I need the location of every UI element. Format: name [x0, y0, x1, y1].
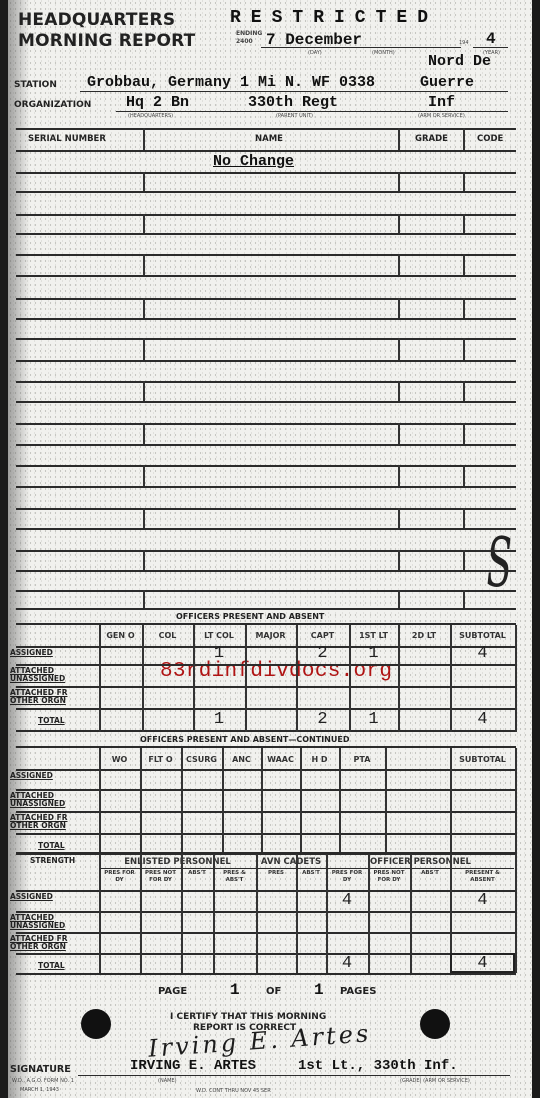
officers-continued-column-header: FLT O [140, 755, 181, 764]
roster-column-divider [463, 590, 465, 608]
roster-rule [16, 381, 516, 383]
form-number: W.D., A.G.O. FORM NO. 1 [12, 1078, 74, 1084]
officers-column-header: 2D LT [398, 631, 450, 640]
certify-line-1: I CERTIFY THAT THIS MORNING [170, 1012, 326, 1022]
page-label: PAGE [158, 986, 187, 997]
officers-continued-column-divider [515, 748, 517, 854]
roster-column-divider [398, 214, 400, 233]
signature-underline [78, 1075, 510, 1076]
strength-column-header: PRES [256, 870, 296, 877]
month-caption: (MONTH) [372, 50, 395, 56]
roster-column-divider [398, 465, 400, 486]
officers-continued-row-label: ATTACHED FR OTHER ORGN [10, 814, 98, 830]
station-value: Grobbau, Germany 1 Mi N. WF 0338 [87, 74, 375, 91]
roster-rule [16, 423, 516, 425]
officers-continued-column-header: WAAC [261, 755, 300, 764]
officers-column-header: MAJOR [245, 631, 296, 640]
roster-column-divider [143, 254, 145, 275]
day-caption: (DAY) [308, 50, 322, 56]
station-note-line2: Guerre [420, 74, 474, 91]
col-name: NAME [255, 134, 283, 144]
roster-column-divider [463, 381, 465, 401]
organization-arm: Inf [428, 94, 455, 111]
officers-continued-column-header: PTA [339, 755, 385, 764]
ending-time: 2400 [236, 38, 253, 45]
strength-column-divider [368, 854, 370, 973]
officers-column-header: LT COL [193, 631, 245, 640]
page-number: 1 [230, 981, 240, 999]
strength-column-divider [181, 854, 183, 973]
officers-continued-row-rule [16, 833, 516, 835]
roster-column-divider [143, 214, 145, 233]
roster-rule [16, 444, 516, 446]
station-note-line1: Nord De [428, 53, 491, 70]
roster-column-divider [398, 381, 400, 401]
strength-cell-value: 4 [326, 891, 368, 910]
officers-row-rule [16, 686, 516, 688]
roster-rule [16, 128, 516, 130]
strength-subheader-rule [99, 868, 514, 869]
signer-grade: 1st Lt., 330th Inf. [298, 1058, 458, 1074]
roster-column-divider [143, 465, 145, 486]
roster-rule [16, 360, 516, 362]
roster-column-divider [143, 298, 145, 318]
organization-label: ORGANIZATION [14, 100, 91, 110]
roster-rule [16, 191, 516, 193]
of-label: OF [266, 986, 281, 997]
roster-column-divider [143, 338, 145, 360]
date-underline [261, 47, 461, 48]
station-label: STATION [14, 80, 57, 90]
roster-column-divider [398, 298, 400, 318]
officers-row-rule [16, 646, 516, 648]
officers-row-rule [16, 730, 516, 732]
roster-rule [16, 254, 516, 256]
officers-cell-value: 2 [296, 710, 349, 729]
officers-continued-row-label: TOTAL [38, 842, 126, 850]
strength-row-label: ATTACHED UNASSIGNED [10, 914, 98, 930]
report-year: 4 [486, 30, 496, 48]
officers-column-divider [245, 625, 247, 732]
col-code: CODE [477, 134, 503, 144]
officers-title: OFFICERS PRESENT AND ABSENT [176, 612, 324, 621]
strength-column-header: PRESENT & ABSENT [450, 870, 515, 884]
strength-column-divider [515, 854, 517, 973]
headquarters-title: HEADQUARTERS [18, 10, 175, 30]
strength-group-header: OFFICER PERSONNEL [326, 857, 515, 867]
pages-label: PAGES [340, 986, 376, 997]
strength-row-label: TOTAL [38, 962, 126, 970]
roster-column-divider [143, 381, 145, 401]
officers-continued-row-rule [16, 769, 516, 771]
signer-name: IRVING E. ARTES [130, 1058, 256, 1074]
officers-column-divider [515, 625, 517, 732]
roster-entry-no-change: No Change [213, 153, 294, 170]
roster-column-divider [463, 214, 465, 233]
roster-column-divider [398, 590, 400, 608]
strength-cell-value: 4 [326, 954, 368, 973]
roster-column-divider [398, 338, 400, 360]
officers-row-label: ASSIGNED [10, 649, 98, 657]
strength-row-rule [16, 890, 516, 892]
organization-underline [116, 111, 508, 112]
roster-column-divider [463, 254, 465, 275]
headquarters-caption: (HEADQUARTERS) [128, 113, 173, 119]
roster-rule [16, 172, 516, 174]
roster-rule [16, 465, 516, 467]
strength-cell-value: 4 [450, 891, 515, 910]
roster-rule [16, 486, 516, 488]
officers-top-rule [16, 623, 516, 625]
roster-rule [16, 550, 516, 552]
roster-column-divider [463, 508, 465, 528]
strength-column-header: PRES & ABS'T [213, 870, 256, 884]
roster-column-divider [463, 465, 465, 486]
strength-row-rule [16, 973, 516, 975]
officers-cell-value: 1 [349, 710, 398, 729]
page-total: 1 [314, 981, 324, 999]
grade-caption: (GRADE) (ARM OR SERVICE) [400, 1078, 470, 1084]
roster-column-divider [463, 128, 465, 150]
morning-report-document: HEADQUARTERS RESTRICTED MORNING REPORT E… [8, 0, 532, 1098]
strength-group-header: ENLISTED PERSONNEL [99, 857, 256, 867]
officers-continued-row-rule [16, 789, 516, 791]
strength-column-divider [410, 854, 412, 973]
roster-column-divider [143, 550, 145, 570]
station-underline [80, 91, 508, 92]
officers-row-rule [16, 664, 516, 666]
strength-column-header: PRES FOR DY [326, 870, 368, 884]
roster-rule [16, 528, 516, 530]
roster-column-divider [143, 590, 145, 608]
officers-continued-column-header: SUBTOTAL [450, 755, 515, 764]
officers-cell-value: 1 [193, 710, 245, 729]
strength-column-header: PRES NOT FOR DY [368, 870, 410, 884]
parent-unit-caption: (PARENT UNIT) [276, 113, 313, 119]
officers-cell-value: 2 [296, 644, 349, 663]
officers-column-header: GEN O [99, 631, 142, 640]
year-prefix: 194 [459, 40, 469, 46]
officers-continued-row-rule [16, 811, 516, 813]
strength-row-label: ASSIGNED [10, 893, 98, 901]
strength-column-header: ABS'T [181, 870, 213, 877]
roster-column-divider [463, 423, 465, 444]
officers-cell-value: 4 [450, 644, 515, 663]
officers-cell-value: 1 [349, 644, 398, 663]
strength-row-rule [16, 911, 516, 913]
binder-hole-left [81, 1009, 111, 1039]
col-serial-number: SERIAL NUMBER [28, 134, 106, 144]
officers-column-divider [142, 625, 144, 732]
form-note: W.D. CONT THRU NOV 45 SER [196, 1088, 271, 1094]
morning-report-title: MORNING REPORT [18, 31, 195, 51]
classification-stamp: RESTRICTED [230, 8, 438, 28]
officers-row-rule [16, 708, 516, 710]
officers-row-label: TOTAL [38, 717, 126, 725]
roster-column-divider [398, 254, 400, 275]
strength-column-divider [256, 854, 258, 973]
roster-rule [16, 275, 516, 277]
roster-column-divider [398, 423, 400, 444]
binder-hole-right [420, 1009, 450, 1039]
officers-cell-value: 4 [450, 710, 515, 729]
total-box [450, 953, 515, 973]
arm-caption: (ARM OR SERVICE) [418, 113, 465, 119]
roster-column-divider [143, 508, 145, 528]
roster-column-divider [143, 128, 145, 150]
roster-column-divider [398, 172, 400, 191]
strength-top-rule [16, 852, 516, 855]
strength-column-divider [213, 854, 215, 973]
roster-rule [16, 150, 516, 152]
officers-continued-column-header: WO [99, 755, 140, 764]
roster-rule [16, 590, 516, 592]
strength-column-divider [296, 854, 298, 973]
strength-group-header: AVN CADETS [256, 857, 326, 867]
strength-column-header: ABS'T [410, 870, 450, 877]
roster-column-divider [398, 550, 400, 570]
officers-column-header: SUBTOTAL [450, 631, 515, 640]
officers-continued-row-label: ASSIGNED [10, 772, 98, 780]
strength-column-header: PRES FOR DY [99, 870, 140, 884]
officers-column-divider [398, 625, 400, 732]
roster-rule [16, 338, 516, 340]
strength-row-rule [16, 953, 516, 955]
roster-column-divider [143, 423, 145, 444]
strength-column-header: ABS'T [296, 870, 326, 877]
strength-row-rule [16, 932, 516, 934]
officers-continued-top-rule [16, 746, 516, 748]
roster-column-divider [463, 338, 465, 360]
roster-column-divider [398, 508, 400, 528]
col-grade: GRADE [415, 134, 448, 144]
roster-rule [16, 570, 516, 572]
signature-label: SIGNATURE [10, 1064, 71, 1075]
officers-cell-value: 1 [193, 644, 245, 663]
strength-row-label: ATTACHED FR OTHER ORGN [10, 935, 98, 951]
roster-rule [16, 508, 516, 510]
roster-rule [16, 214, 516, 216]
officers-column-divider [99, 625, 101, 732]
roster-rule [16, 233, 516, 235]
organization-headquarters: Hq 2 Bn [126, 94, 189, 111]
roster-column-divider [463, 172, 465, 191]
officers-column-header: COL [142, 631, 193, 640]
officers-continued-column-header: H D [300, 755, 339, 764]
roster-rule [16, 401, 516, 403]
ending-label: ENDING [236, 30, 262, 37]
roster-rule [16, 318, 516, 320]
roster-column-divider [463, 298, 465, 318]
officers-continued-column-header: ANC [222, 755, 261, 764]
strength-label: STRENGTH [30, 857, 110, 865]
organization-parent-unit: 330th Regt [248, 94, 338, 111]
roster-column-divider [398, 128, 400, 150]
officers-continued-column-header: CSURG [181, 755, 222, 764]
roster-rule [16, 608, 516, 610]
strength-column-divider [140, 854, 142, 973]
form-date: MARCH 1, 1943 [20, 1087, 59, 1093]
roster-column-divider [463, 550, 465, 570]
strength-column-divider [99, 854, 101, 973]
name-caption: (NAME) [158, 1078, 177, 1084]
roster-rule [16, 298, 516, 300]
roster-column-divider [143, 172, 145, 191]
officers-continued-title: OFFICERS PRESENT AND ABSENT—CONTINUED [140, 735, 349, 744]
strength-column-header: PRES NOT FOR DY [140, 870, 181, 884]
year-underline [473, 47, 508, 48]
officers-column-header: 1ST LT [349, 631, 398, 640]
officers-row-label: ATTACHED FR OTHER ORGN [10, 689, 98, 705]
officers-row-label: ATTACHED UNASSIGNED [10, 667, 98, 683]
officers-continued-column-divider [385, 748, 387, 854]
officers-continued-row-label: ATTACHED UNASSIGNED [10, 792, 98, 808]
officers-column-header: CAPT [296, 631, 349, 640]
